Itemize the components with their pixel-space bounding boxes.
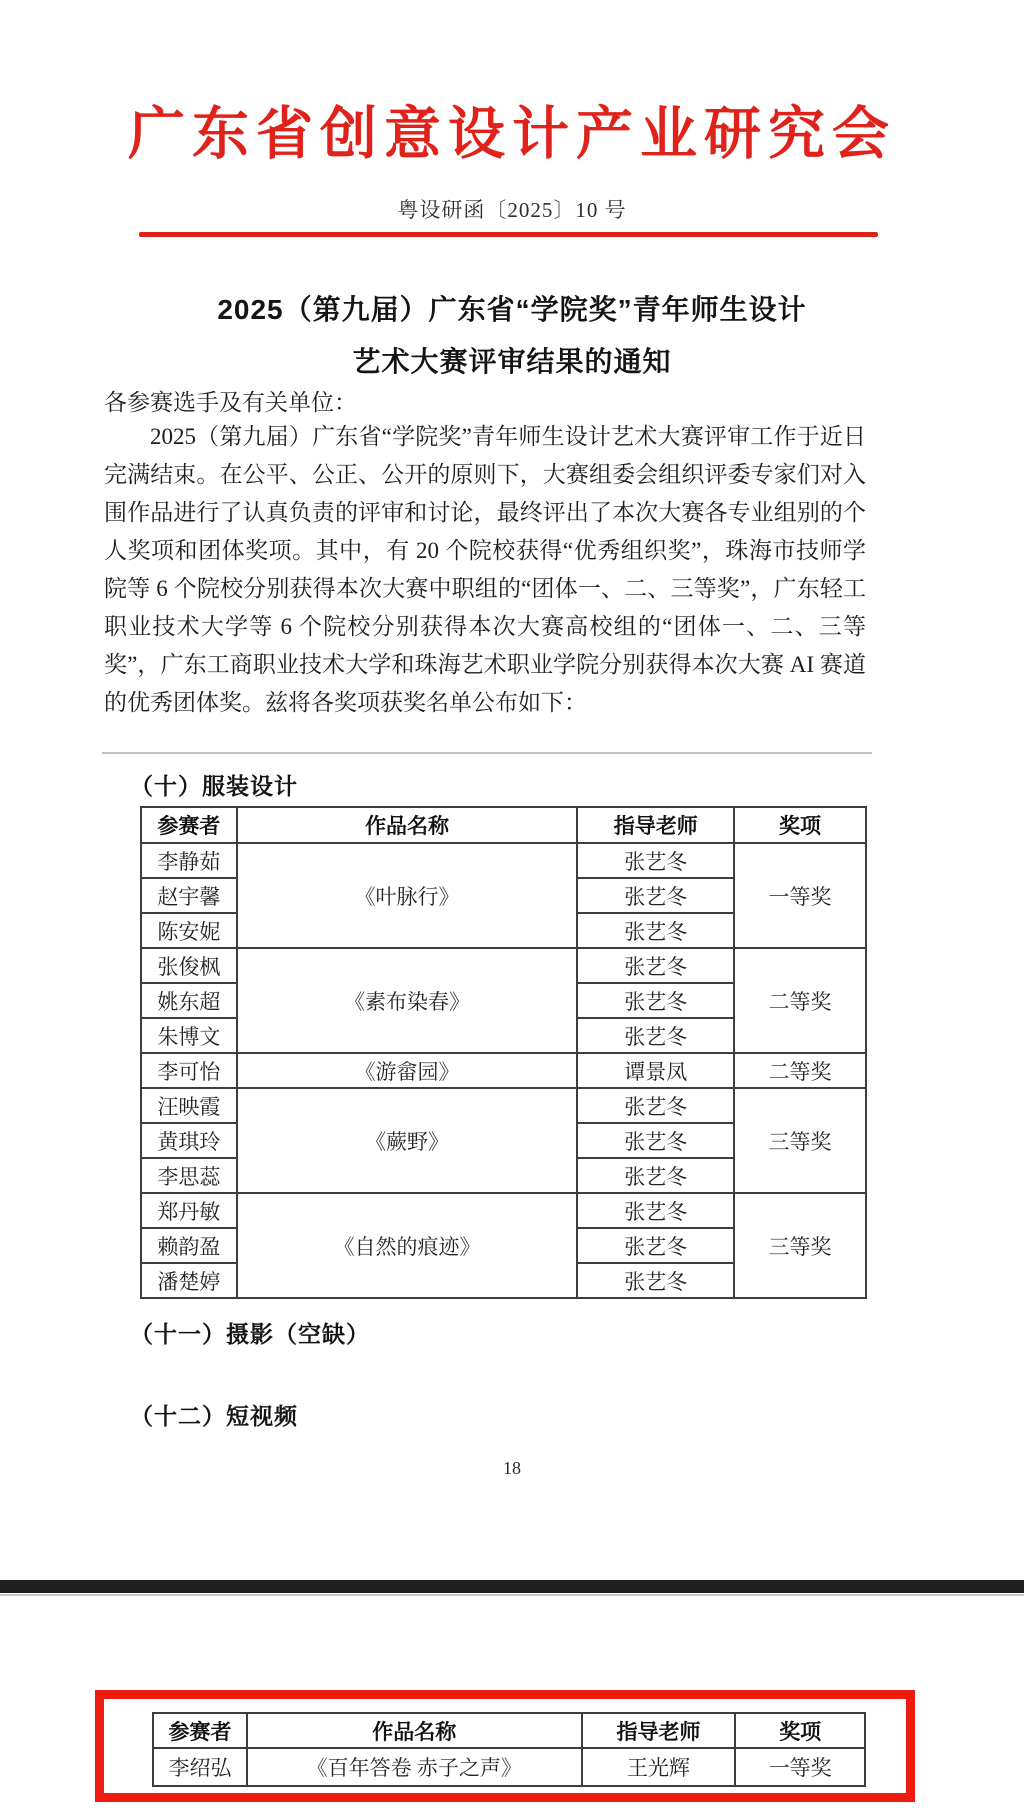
organization-title: 广东省创意设计产业研究会 bbox=[0, 88, 1024, 170]
teacher-cell: 张艺冬 bbox=[577, 878, 734, 913]
award-table-body: 李静茹《叶脉行》张艺冬一等奖赵宇馨张艺冬陈安妮张艺冬张俊枫《素布染春》张艺冬二等… bbox=[141, 843, 866, 1298]
table-header-row: 参赛者作品名称指导老师奖项 bbox=[153, 1713, 865, 1748]
member-cell: 张俊枫 bbox=[141, 948, 237, 983]
member-cell: 朱博文 bbox=[141, 1018, 237, 1053]
member-cell: 陈安妮 bbox=[141, 913, 237, 948]
award-cell: 二等奖 bbox=[734, 948, 866, 1053]
teacher-cell: 张艺冬 bbox=[577, 1228, 734, 1263]
member-cell: 黄琪玲 bbox=[141, 1123, 237, 1158]
teacher-cell: 张艺冬 bbox=[577, 1158, 734, 1193]
table-header-cell: 指导老师 bbox=[582, 1713, 736, 1748]
teacher-cell: 张艺冬 bbox=[577, 983, 734, 1018]
section-heading-short-video: （十二）短视频 bbox=[130, 1398, 298, 1431]
scanned-notice-document: { "document": { "org_title": "广东省创意设计产业研… bbox=[0, 0, 1024, 1814]
work-title-cell: 《游畲园》 bbox=[237, 1053, 578, 1088]
section-heading-fashion-design: （十）服装设计 bbox=[130, 768, 298, 801]
table-header-cell: 指导老师 bbox=[577, 807, 734, 843]
teacher-cell: 张艺冬 bbox=[577, 1263, 734, 1298]
teacher-cell: 张艺冬 bbox=[577, 948, 734, 983]
member-cell: 李思蕊 bbox=[141, 1158, 237, 1193]
table-header-cell: 参赛者 bbox=[153, 1713, 247, 1748]
teacher-cell: 张艺冬 bbox=[577, 1088, 734, 1123]
salutation: 各参赛选手及有关单位： bbox=[104, 384, 357, 417]
table-header-row: 参赛者作品名称指导老师奖项 bbox=[141, 807, 866, 843]
teacher-cell: 张艺冬 bbox=[577, 843, 734, 878]
table-row: 李可怡《游畲园》谭景凤二等奖 bbox=[141, 1053, 866, 1088]
page-number: 18 bbox=[0, 1458, 1024, 1479]
member-cell: 赵宇馨 bbox=[141, 878, 237, 913]
body-paragraph: 2025（第九届）广东省“学院奖”青年师生设计艺术大赛评审工作于近日完满结束。在… bbox=[104, 418, 866, 722]
red-letterhead-rule bbox=[139, 232, 878, 237]
table-row: 李绍弘《百年答卷 赤子之声》王光辉一等奖 bbox=[153, 1748, 865, 1786]
member-cell: 李静茹 bbox=[141, 843, 237, 878]
highlighted-award-table: 参赛者作品名称指导老师奖项 李绍弘《百年答卷 赤子之声》王光辉一等奖 bbox=[152, 1712, 866, 1787]
page-separator-bar bbox=[0, 1580, 1024, 1593]
work-title-cell: 《蕨野》 bbox=[237, 1088, 578, 1193]
work-title-cell: 《素布染春》 bbox=[237, 948, 578, 1053]
award-cell: 二等奖 bbox=[734, 1053, 866, 1088]
table-row: 张俊枫《素布染春》张艺冬二等奖 bbox=[141, 948, 866, 983]
document-number: 粤设研函〔2025〕10 号 bbox=[0, 194, 1024, 224]
member-cell: 姚东超 bbox=[141, 983, 237, 1018]
teacher-cell: 张艺冬 bbox=[577, 1123, 734, 1158]
table-header-cell: 奖项 bbox=[735, 1713, 865, 1748]
award-table-header: 参赛者作品名称指导老师奖项 bbox=[141, 807, 866, 843]
table-header-cell: 作品名称 bbox=[237, 807, 578, 843]
award-results-table: 参赛者作品名称指导老师奖项 李静茹《叶脉行》张艺冬一等奖赵宇馨张艺冬陈安妮张艺冬… bbox=[140, 806, 867, 1299]
award-cell: 三等奖 bbox=[734, 1088, 866, 1193]
member-cell: 潘楚婷 bbox=[141, 1263, 237, 1298]
member-cell: 赖韵盈 bbox=[141, 1228, 237, 1263]
work-title-cell: 《百年答卷 赤子之声》 bbox=[247, 1748, 582, 1786]
teacher-cell: 张艺冬 bbox=[577, 1193, 734, 1228]
work-title-cell: 《叶脉行》 bbox=[237, 843, 578, 948]
teacher-cell: 谭景凤 bbox=[577, 1053, 734, 1088]
work-title-cell: 《自然的痕迹》 bbox=[237, 1193, 578, 1298]
teacher-cell: 张艺冬 bbox=[577, 913, 734, 948]
table-header-cell: 参赛者 bbox=[141, 807, 237, 843]
highlighted-table-header: 参赛者作品名称指导老师奖项 bbox=[153, 1713, 865, 1748]
member-cell: 郑丹敏 bbox=[141, 1193, 237, 1228]
teacher-cell: 王光辉 bbox=[582, 1748, 736, 1786]
table-header-cell: 作品名称 bbox=[247, 1713, 582, 1748]
member-cell: 李可怡 bbox=[141, 1053, 237, 1088]
award-cell: 一等奖 bbox=[735, 1748, 865, 1786]
teacher-cell: 张艺冬 bbox=[577, 1018, 734, 1053]
table-row: 郑丹敏《自然的痕迹》张艺冬三等奖 bbox=[141, 1193, 866, 1228]
member-cell: 李绍弘 bbox=[153, 1748, 247, 1786]
table-row: 李静茹《叶脉行》张艺冬一等奖 bbox=[141, 843, 866, 878]
member-cell: 汪映霞 bbox=[141, 1088, 237, 1123]
award-cell: 三等奖 bbox=[734, 1193, 866, 1298]
notice-title-line1: 2025（第九届）广东省“学院奖”青年师生设计 bbox=[0, 288, 1024, 328]
award-cell: 一等奖 bbox=[734, 843, 866, 948]
table-header-cell: 奖项 bbox=[734, 807, 866, 843]
table-row: 汪映霞《蕨野》张艺冬三等奖 bbox=[141, 1088, 866, 1123]
highlighted-table-body: 李绍弘《百年答卷 赤子之声》王光辉一等奖 bbox=[153, 1748, 865, 1786]
page-separator-bar-edge bbox=[0, 1594, 1024, 1596]
scan-divider-line bbox=[102, 752, 872, 754]
section-heading-photography-vacant: （十一）摄影（空缺） bbox=[130, 1316, 370, 1349]
notice-title-line2: 艺术大赛评审结果的通知 bbox=[0, 340, 1024, 380]
